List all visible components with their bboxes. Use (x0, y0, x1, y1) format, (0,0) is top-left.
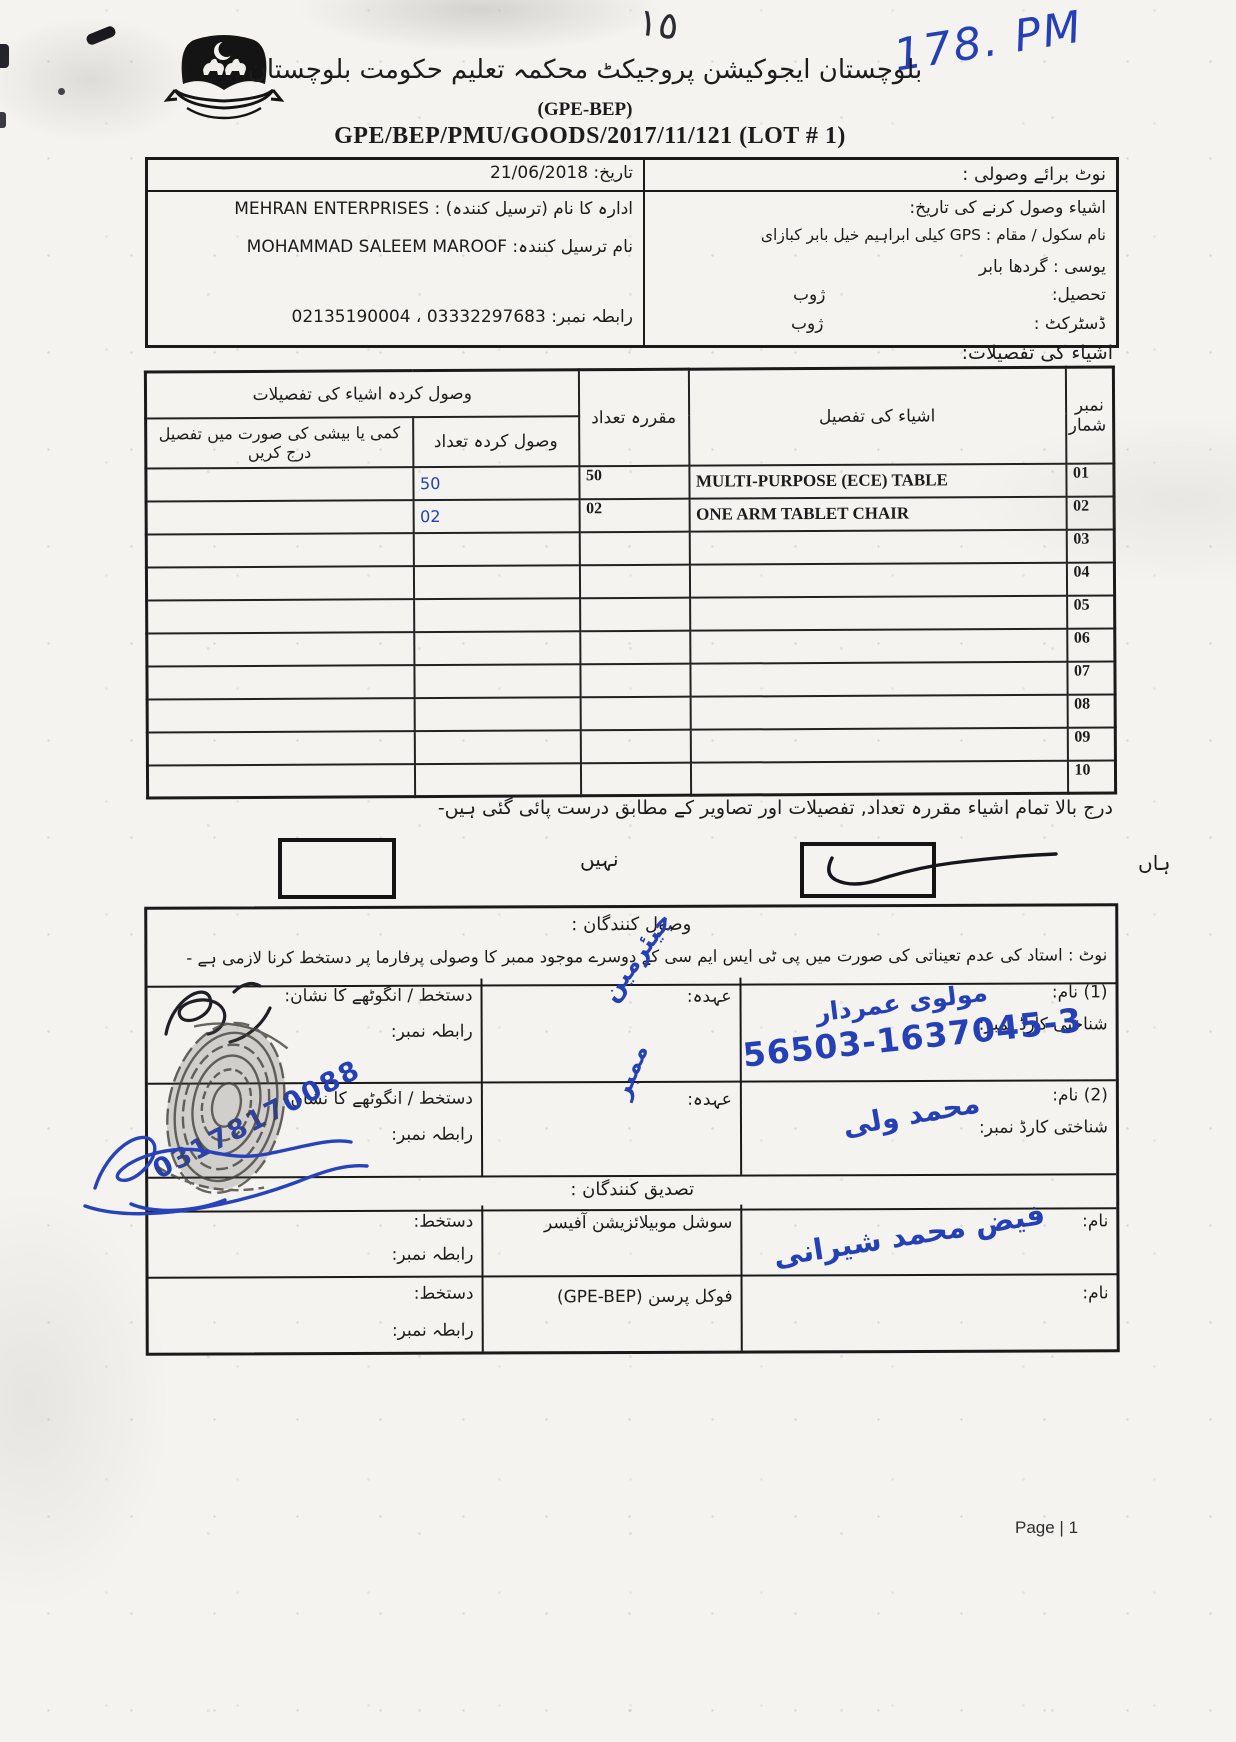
signature-cell: دستخط: رابطہ نمبر: (149, 1276, 482, 1353)
verifier-row-2: دستخط: رابطہ نمبر: فوکل پرسن (GPE-BEP) ن… (149, 1273, 1117, 1352)
cell-item (690, 694, 1067, 729)
cell-discrepancy (147, 731, 414, 765)
cell-serial: 03 (1066, 529, 1114, 562)
table-row: 50 50 MULTI-PURPOSE (ECE) TABLE 01 (146, 463, 1114, 501)
designation-label: عہدہ: (687, 986, 732, 1007)
cell-serial: 01 (1066, 463, 1114, 496)
cell-serial: 10 (1067, 760, 1115, 793)
table-row: 06 (147, 628, 1115, 666)
org-title-urdu: بلوچستان ایجوکیشن پروجیکٹ محکمہ تعلیم حک… (200, 55, 970, 85)
cell-item (690, 760, 1067, 795)
school-info-cell: نوٹ برائے وصولی : اشیاء وصول کرنے کی تار… (645, 160, 1116, 345)
header-received-goods-group: وصول کردہ اشیاء کی تفصیلات (145, 370, 578, 418)
header-item-detail: اشیاء کی تفصیل (688, 367, 1065, 465)
signature-label: دستخط: (414, 1284, 474, 1304)
cell-discrepancy (147, 599, 414, 633)
cell-received-qty (414, 664, 580, 698)
cell-item (690, 595, 1067, 630)
receipt-info-table: تاریخ: 21/06/2018 ادارہ کا نام (ترسیل کن… (145, 157, 1119, 348)
school-name-line: نام سکول / مقام : GPS کیلی ابراہیم خیل ب… (651, 226, 1106, 244)
district-label: ڈسٹرکٹ : (651, 314, 1106, 334)
cell-item (689, 562, 1066, 597)
cell-received-qty (414, 763, 580, 797)
tehsil-value: ژوب (793, 285, 825, 305)
goods-details-section-label: اشیاء کی تفصیلات: (0, 342, 1113, 364)
supplier-org-line: ادارہ کا نام (ترسیل کنندہ) : MEHRAN ENTE… (154, 198, 633, 219)
cell-serial: 05 (1067, 595, 1115, 628)
table-row: 04 (146, 562, 1114, 600)
scan-smudge (0, 44, 9, 68)
cell-received-qty (414, 730, 580, 764)
cell-serial: 02 (1066, 496, 1114, 529)
supplier-info-cell: تاریخ: 21/06/2018 ادارہ کا نام (ترسیل کن… (148, 160, 643, 345)
handwritten-received-qty: 50 (420, 473, 440, 492)
no-label: نہیں (580, 847, 619, 871)
cell-discrepancy (146, 566, 413, 600)
carrier-name-line: نام ترسیل کنندہ: MOHAMMAD SALEEM MAROOF (154, 236, 633, 257)
document-reference-number: GPE/BEP/PMU/GOODS/2017/11/121 (LOT # 1) (30, 123, 1150, 150)
cell-fixed-qty (579, 564, 689, 598)
cell-discrepancy (147, 632, 414, 666)
cell-item (690, 628, 1067, 663)
cell-fixed-qty (579, 531, 689, 565)
page-number: Page | 1 (1015, 1518, 1078, 1538)
designation-cell: فوکل پرسن (GPE-BEP) (482, 1275, 741, 1352)
designation-cell: عہدہ: (481, 1081, 740, 1176)
receipt-note-label: نوٹ برائے وصولی : (651, 164, 1106, 185)
no-checkbox (278, 838, 396, 899)
district-value: ژوب (791, 314, 823, 334)
cell-item: ONE ARM TABLET CHAIR (689, 496, 1066, 531)
cell-fixed-qty: 02 (579, 498, 689, 532)
handwritten-page-mark: ١٥ (635, 0, 682, 49)
cell-received-qty: 02 (413, 499, 579, 533)
contact-label: رابطہ نمبر: (392, 1244, 474, 1265)
table-row: 10 (147, 760, 1115, 798)
scanned-goods-receipt-page: ١٥ 178. PM بلوچستان ایجوکیشن پروجیکٹ محک… (0, 0, 1236, 1742)
cell-serial: 06 (1067, 628, 1115, 661)
designation-label: عہدہ: (687, 1089, 732, 1110)
cell-serial: 04 (1066, 562, 1114, 595)
cnic-label: شناختی کارڈ نمبر: (979, 1117, 1108, 1137)
tehsil-label: تحصیل: (651, 285, 1106, 305)
cell-discrepancy (146, 467, 413, 501)
cell-received-qty (414, 598, 580, 632)
cell-item (690, 727, 1067, 762)
goods-table: وصول کردہ اشیاء کی تفصیلات مقررہ تعداد ا… (144, 365, 1117, 799)
cell-received-qty: 50 (413, 466, 579, 500)
signature-label: دستخط: (413, 1212, 473, 1232)
scan-smudge (85, 25, 117, 46)
contact-label: رابطہ نمبر: (392, 1320, 474, 1341)
name-label: نام: (1082, 1211, 1108, 1231)
cell-received-qty (413, 532, 579, 566)
name-label: نام: (1082, 1283, 1108, 1303)
cell-fixed-qty (580, 597, 690, 631)
cell-discrepancy (146, 500, 413, 534)
confirmation-statement: درج بالا تمام اشیاء مقررہ تعداد, تفصیلات… (0, 797, 1113, 819)
name2-label: (2) نام: (1052, 1085, 1108, 1105)
project-abbreviation: (GPE-BEP) (200, 99, 970, 121)
smo-designation: سوشل موبیلائزیشن آفیسر (544, 1213, 732, 1234)
date-line: تاریخ: 21/06/2018 (154, 163, 633, 183)
cell-serial: 08 (1067, 694, 1115, 727)
table-row: 02 02 ONE ARM TABLET CHAIR 02 (146, 496, 1114, 534)
header-serial: نمبر شمار (1065, 367, 1114, 463)
receive-date-label: اشیاء وصول کرنے کی تاریخ: (651, 197, 1106, 218)
cell-discrepancy (147, 698, 414, 732)
handwritten-received-qty: 02 (420, 506, 440, 525)
handwritten-check-mark (806, 844, 1062, 896)
cell-received-qty (414, 631, 580, 665)
cell-received-qty (414, 697, 580, 731)
table-row: 08 (147, 694, 1115, 732)
contact-label: رابطہ نمبر: (391, 1124, 473, 1145)
cell-fixed-qty (580, 630, 690, 664)
cell-fixed-qty (580, 729, 690, 763)
name-cell: نام: (741, 1273, 1117, 1350)
scan-smudge (0, 112, 6, 128)
cell-fixed-qty: 50 (579, 465, 689, 499)
verifier-ink-signature (75, 1108, 385, 1248)
cell-item (689, 529, 1066, 564)
cell-serial: 07 (1067, 661, 1115, 694)
cell-fixed-qty (580, 663, 690, 697)
table-row: 09 (147, 727, 1115, 765)
designation-cell: سوشل موبیلائزیشن آفیسر (481, 1205, 740, 1276)
focal-person-designation: فوکل پرسن (GPE-BEP) (557, 1287, 733, 1308)
goods-table-wrapper: وصول کردہ اشیاء کی تفصیلات مقررہ تعداد ا… (144, 365, 1117, 799)
table-row: 05 (147, 595, 1115, 633)
contact-number-line: رابطہ نمبر: 03332297683 ، 02135190004 (154, 306, 633, 327)
contact-label: رابطہ نمبر: (391, 1021, 473, 1042)
cell-fixed-qty (580, 762, 690, 796)
table-row: 07 (147, 661, 1115, 699)
cell-item (690, 661, 1067, 696)
cell-received-qty (413, 565, 579, 599)
header-received-qty: وصول کردہ تعداد (413, 416, 579, 467)
scan-smudge (58, 88, 65, 95)
cell-fixed-qty (580, 696, 690, 730)
union-council-line: یوسی : گردھا بابر (651, 257, 1106, 277)
cell-item: MULTI-PURPOSE (ECE) TABLE (689, 463, 1066, 498)
cell-serial: 09 (1067, 727, 1115, 760)
yes-label: ہاں (1138, 851, 1171, 875)
header-discrepancy: کمی یا بیشی کی صورت میں تفصیل درج کریں (146, 417, 413, 468)
cell-discrepancy (146, 533, 413, 567)
signature-thumb-label: دستخط / انگوٹھے کا نشان: (284, 985, 472, 1007)
table-row: 03 (146, 529, 1114, 567)
cell-discrepancy (147, 665, 414, 699)
header-fixed-qty: مقررہ تعداد (578, 369, 689, 466)
cell-discrepancy (147, 764, 414, 798)
